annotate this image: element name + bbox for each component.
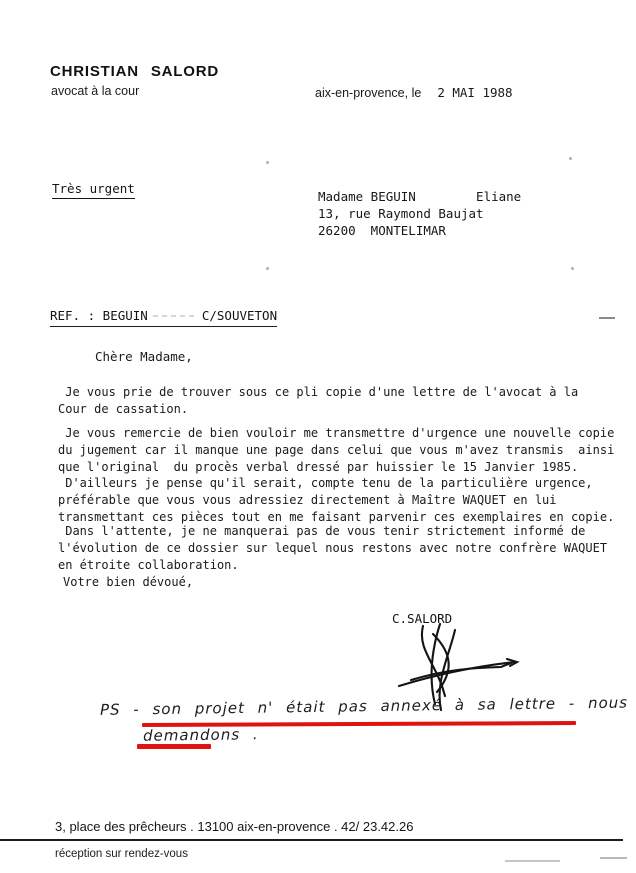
scanned-letter-page: CHRISTIAN SALORD avocat à la cour aix-en…: [0, 0, 636, 873]
handwritten-ps-line-1: PS - son projet n' était pas annexé à sa…: [100, 693, 636, 719]
place-label: aix-en-provence, le: [315, 86, 421, 100]
footer-divider: [0, 839, 623, 841]
closing-formula: Votre bien dévoué,: [63, 575, 193, 589]
scan-speck: [266, 267, 269, 270]
date-stamp: 2 MAI 1988: [437, 85, 512, 100]
footer-address: 3, place des prêcheurs . 13100 aix-en-pr…: [55, 819, 413, 834]
handwritten-ps-line-2: demandons .: [143, 725, 259, 745]
body-paragraph-4: Dans l'attente, je ne manquerai pas de v…: [58, 523, 636, 575]
body-paragraph-3: D'ailleurs je pense qu'il serait, compte…: [58, 475, 636, 527]
redacted-text: [153, 311, 197, 320]
salutation: Chère Madame,: [95, 349, 193, 364]
red-marker-underline-2: [137, 744, 211, 749]
scan-speck: [569, 157, 572, 160]
reference-line: REF. : BEGUIN C/SOUVETON: [50, 308, 277, 327]
place-and-date: aix-en-provence, le2 MAI 1988: [315, 85, 513, 100]
body-paragraph-2: Je vous remercie de bien vouloir me tran…: [58, 425, 636, 477]
margin-dash-mark: [599, 317, 615, 319]
scan-smudge: [505, 860, 560, 862]
footer-note: réception sur rendez-vous: [55, 848, 188, 860]
sender-name: CHRISTIAN SALORD: [50, 63, 219, 80]
body-paragraph-1: Je vous prie de trouver sous ce pli copi…: [58, 384, 636, 418]
reference-suffix: C/SOUVETON: [202, 308, 277, 323]
recipient-address: Madame BEGUIN Eliane 13, rue Raymond Bau…: [318, 188, 521, 239]
reference-prefix: REF. : BEGUIN: [50, 308, 148, 323]
scan-smudge: [600, 857, 627, 859]
sender-title: avocat à la cour: [51, 84, 139, 98]
urgency-label: Très urgent: [52, 181, 135, 199]
red-marker-underline-1: [142, 721, 576, 727]
scan-speck: [266, 161, 269, 164]
scan-speck: [571, 267, 574, 270]
